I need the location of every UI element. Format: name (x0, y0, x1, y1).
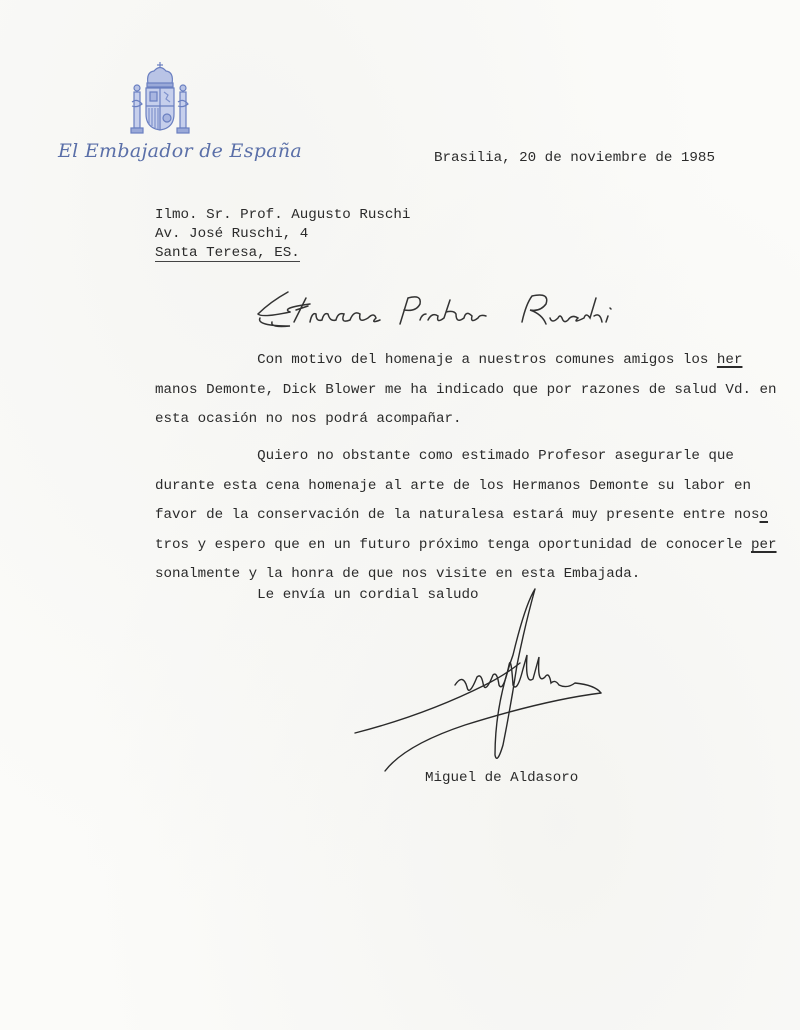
body-line-text: durante esta cena homenaje al arte de lo… (155, 478, 751, 494)
body-line: tros y espero que en un futuro próximo t… (155, 538, 777, 552)
handwritten-signature: Miguel de Aldasoro (signature) (345, 585, 685, 795)
body-line-text: sonalmente y la honra de que nos visite … (155, 566, 640, 582)
recipient-name: Ilmo. Sr. Prof. Augusto Ruschi (155, 208, 410, 222)
body-line-text: Con motivo del homenaje a nuestros comun… (155, 352, 717, 368)
hyphenation-mark: per (751, 537, 777, 553)
body-line: manos Demonte, Dick Blower me ha indicad… (155, 383, 777, 397)
body-line-text: esta ocasión no nos podrá acompañar. (155, 411, 462, 427)
hyphenation-mark: o (760, 507, 769, 523)
signer-name: Miguel de Aldasoro (425, 771, 578, 785)
recipient-city: Santa Teresa, ES. (155, 246, 300, 262)
hyphenation-mark: her (717, 352, 743, 368)
body-line-text: favor de la conservación de la naturales… (155, 507, 760, 523)
body-line: Con motivo del homenaje a nuestros comun… (155, 353, 742, 367)
body-line: sonalmente y la honra de que nos visite … (155, 567, 640, 581)
recipient-street: Av. José Ruschi, 4 (155, 227, 308, 241)
letter-paper: El Embajador de España Brasilia, 20 de n… (0, 0, 800, 1030)
body-line-text: tros y espero que en un futuro próximo t… (155, 537, 751, 553)
body-line: favor de la conservación de la naturales… (155, 508, 768, 522)
spanish-coat-of-arms-icon (128, 62, 192, 138)
body-line-text: Quiero no obstante como estimado Profeso… (155, 448, 734, 464)
letterhead-title: El Embajador de España (58, 140, 302, 162)
body-line: durante esta cena homenaje al arte de lo… (155, 479, 751, 493)
body-line-text: manos Demonte, Dick Blower me ha indicad… (155, 382, 777, 398)
body-line: Quiero no obstante como estimado Profeso… (155, 449, 734, 463)
date-line: Brasilia, 20 de noviembre de 1985 (434, 151, 715, 165)
body-line: esta ocasión no nos podrá acompañar. (155, 412, 462, 426)
handwritten-salutation: Estimado Profesor Ruschi (250, 284, 650, 344)
